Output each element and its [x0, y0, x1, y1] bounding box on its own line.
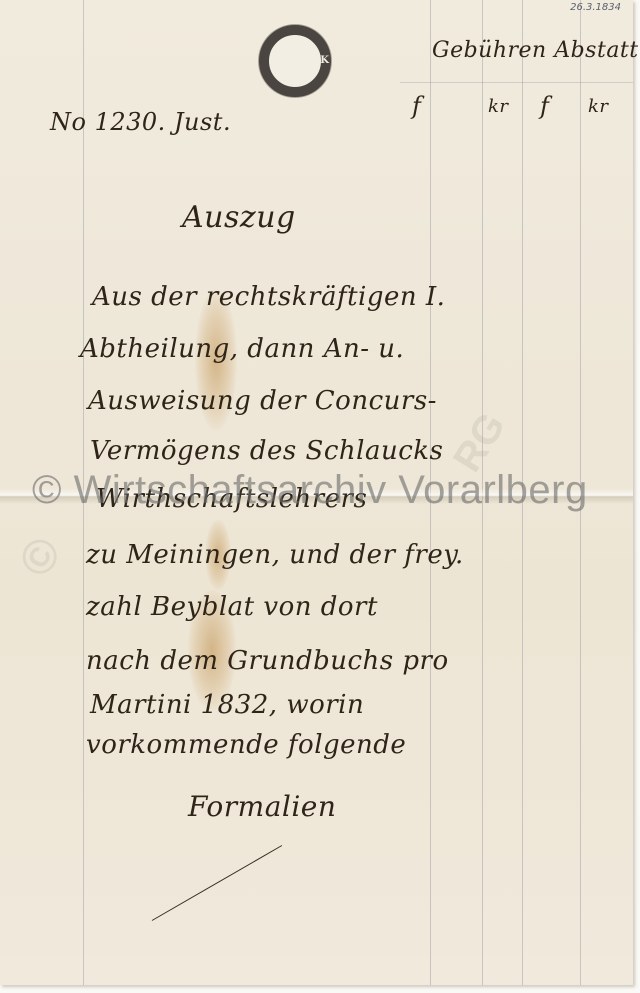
- archive-date-stamp: 26.3.1834: [570, 2, 621, 13]
- body-line: zu Meiningen, und der frey.: [86, 540, 464, 570]
- copyright-watermark: © Wirtschaftsarchiv Vorarlberg: [32, 468, 588, 513]
- reference-number: No 1230. Just.: [50, 108, 231, 136]
- body-line: Aus der rechtskräftigen I.: [92, 282, 445, 312]
- seal-letter: K: [320, 55, 329, 66]
- stamp-seal-icon: K: [259, 25, 331, 97]
- body-line: vorkommende folgende: [86, 730, 406, 760]
- closing-word: Formalien: [188, 790, 336, 823]
- body-line: zahl Beyblat von dort: [86, 592, 378, 622]
- fee-header-title: Gebühren Abstattung: [432, 38, 640, 63]
- document-heading: Auszug: [182, 200, 296, 235]
- fee-column-label: kr: [488, 96, 509, 117]
- seal-text: [269, 35, 321, 87]
- body-line: nach dem Grundbuchs pro: [86, 646, 449, 676]
- header-rule: [400, 82, 633, 83]
- body-line: Vermögens des Schlaucks: [90, 436, 443, 466]
- body-line: Ausweisung der Concurs-: [88, 386, 437, 416]
- body-line: Abtheilung, dann An- u.: [80, 334, 404, 364]
- closing-pen-stroke: [152, 845, 282, 921]
- body-line: Martini 1832, worin: [90, 690, 364, 720]
- fee-column-label: f: [540, 92, 549, 120]
- fee-column-label: kr: [588, 96, 609, 117]
- fee-column-label: f: [412, 92, 421, 120]
- embossed-watermark: ©: [8, 529, 73, 586]
- document-page: 26.3.1834 K Gebühren Abstattung f kr f k…: [0, 0, 633, 985]
